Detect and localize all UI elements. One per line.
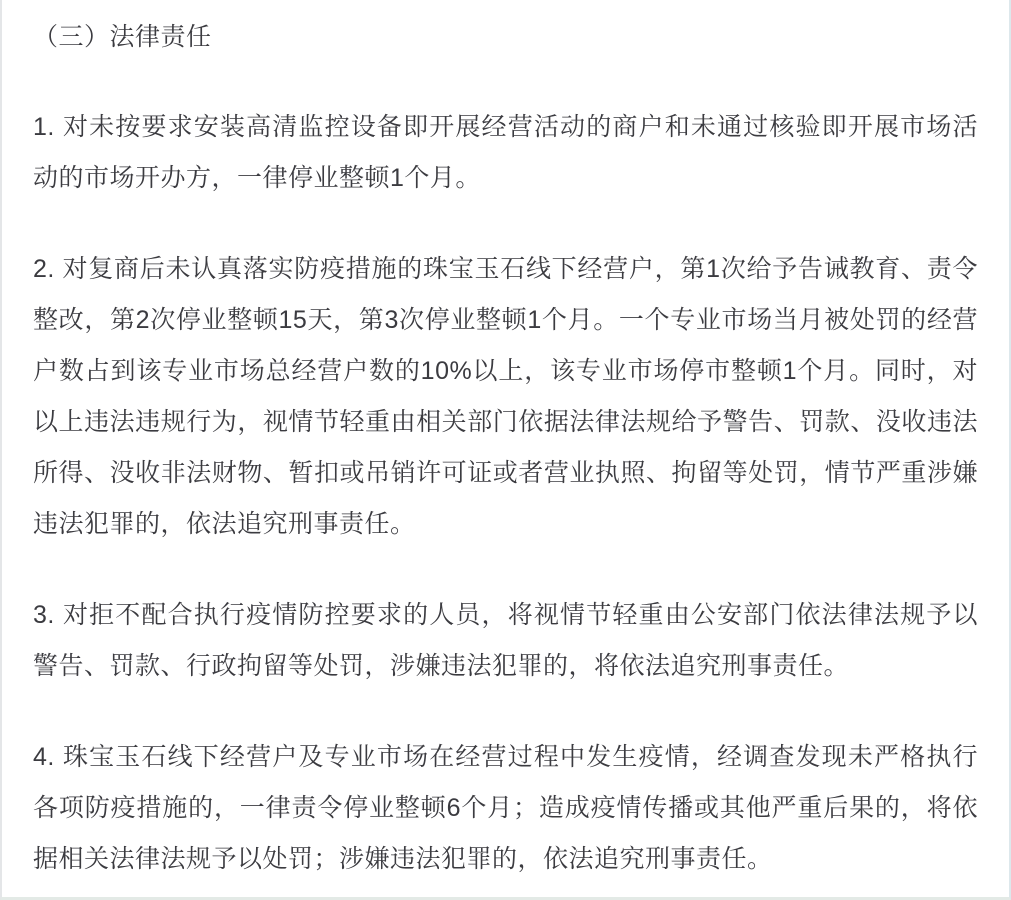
paragraph-1: 1. 对未按要求安装高清监控设备即开展经营活动的商户和未通过核验即开展市场活动的… xyxy=(33,102,978,204)
paragraph-2: 2. 对复商后未认真落实防疫措施的珠宝玉石线下经营户，第1次给予告诫教育、责令整… xyxy=(33,244,978,550)
paragraph-4: 4. 珠宝玉石线下经营户及专业市场在经营过程中发生疫情，经调查发现未严格执行各项… xyxy=(33,732,978,885)
section-heading: （三）法律责任 xyxy=(33,12,978,63)
paragraph-3: 3. 对拒不配合执行疫情防控要求的人员，将视情节轻重由公安部门依法律法规予以警告… xyxy=(33,590,978,692)
article-page: （三）法律责任 1. 对未按要求安装高清监控设备即开展经营活动的商户和未通过核验… xyxy=(0,0,1011,900)
